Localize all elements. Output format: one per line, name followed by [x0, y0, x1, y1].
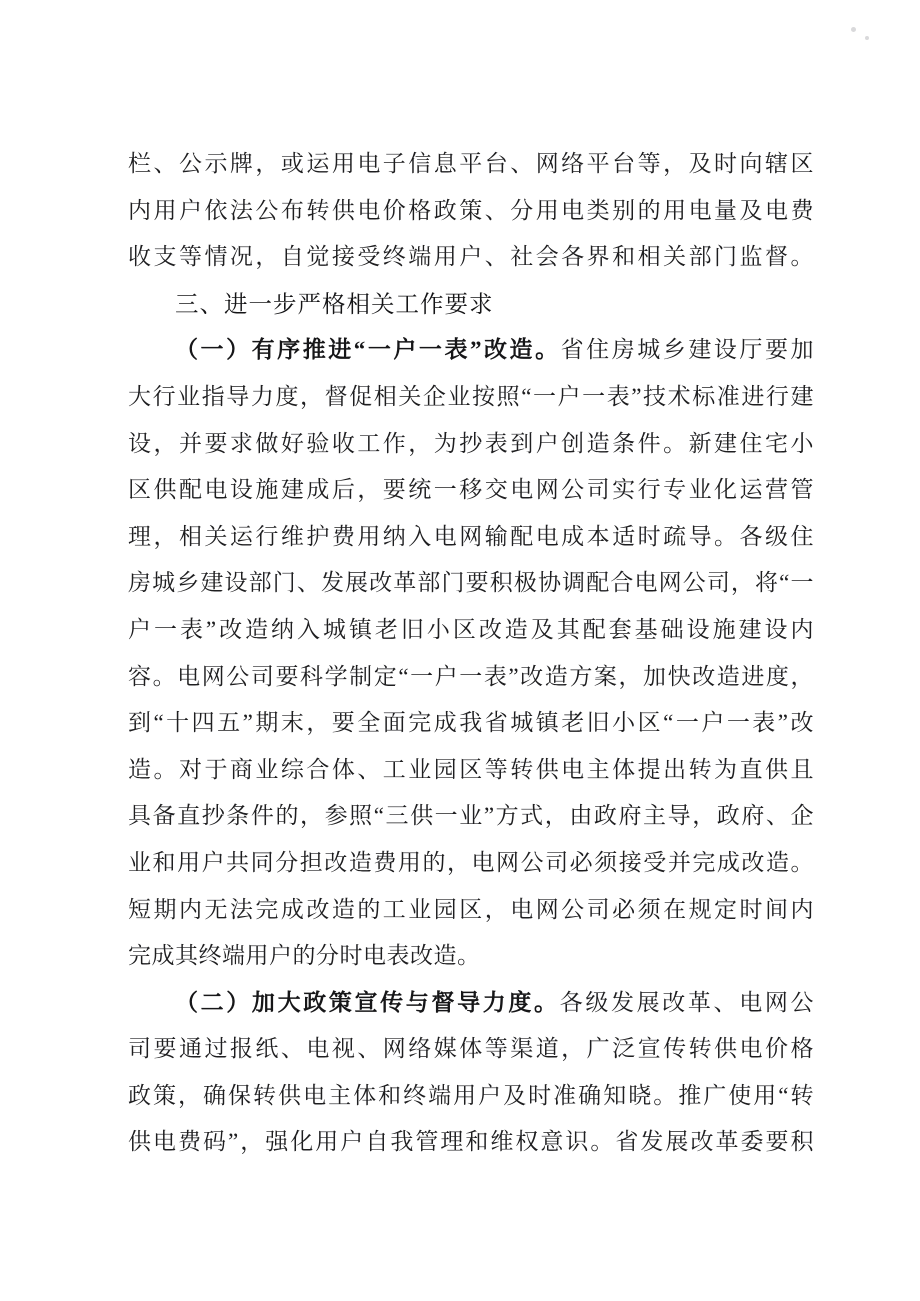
text-line: （一）有序推进“一户一表”改造。省住房城乡建设厅要加	[128, 327, 814, 374]
scan-speck	[865, 36, 869, 40]
text-segment: 业和用户共同分担改造费用的，电网公司必须接受并完成改造。	[128, 850, 814, 875]
section-heading: 三、进一步严格相关工作要求	[128, 281, 814, 328]
text-line: 收支等情况，自觉接受终端用户、社会各界和相关部门监督。	[128, 234, 814, 281]
text-line: 司要通过报纸、电视、网络媒体等渠道，广泛宣传转供电价格	[128, 1026, 814, 1073]
document-body: 栏、公示牌，或运用电子信息平台、网络平台等，及时向辖区内用户依法公布转供电价格政…	[128, 141, 814, 1166]
text-line: 供电费码”，强化用户自我管理和维权意识。省发展改革委要积	[128, 1119, 814, 1166]
text-segment: 完成其终端用户的分时电表改造。	[128, 943, 481, 968]
text-line: 造。对于商业综合体、工业园区等转供电主体提出转为直供且	[128, 747, 814, 794]
text-segment: 栏、公示牌，或运用电子信息平台、网络平台等，及时向辖区	[128, 151, 814, 176]
text-segment: 政策，确保转供电主体和终端用户及时准确知晓。推广使用“转	[128, 1083, 814, 1108]
text-line: （二）加大政策宣传与督导力度。各级发展改革、电网公	[128, 980, 814, 1027]
text-line: 政策，确保转供电主体和终端用户及时准确知晓。推广使用“转	[128, 1073, 814, 1120]
text-segment: 区供配电设施建成后，要统一移交电网公司实行专业化运营管	[128, 477, 814, 502]
text-line: 大行业指导力度，督促相关企业按照“一户一表”技术标准进行建	[128, 374, 814, 421]
text-segment: 收支等情况，自觉接受终端用户、社会各界和相关部门监督。	[128, 244, 814, 269]
text-segment: 容。电网公司要科学制定“一户一表”改造方案，加快改造进度，	[128, 664, 814, 689]
text-segment: 内用户依法公布转供电价格政策、分用电类别的用电量及电费	[128, 198, 814, 223]
text-line: 户一表”改造纳入城镇老旧小区改造及其配套基础设施建设内	[128, 607, 814, 654]
text-line: 设，并要求做好验收工作，为抄表到户创造条件。新建住宅小	[128, 421, 814, 468]
text-segment: 各级发展改革、电网公	[560, 990, 814, 1015]
text-segment: 三、进一步严格相关工作要求	[175, 291, 494, 317]
paragraph-lead-bold: （一）有序推进“一户一表”改造。	[175, 337, 561, 362]
text-line: 栏、公示牌，或运用电子信息平台、网络平台等，及时向辖区	[128, 141, 814, 188]
text-segment: 省住房城乡建设厅要加	[561, 337, 814, 362]
text-line: 短期内无法完成改造的工业园区，电网公司必须在规定时间内	[128, 887, 814, 934]
text-segment: 户一表”改造纳入城镇老旧小区改造及其配套基础设施建设内	[128, 617, 814, 642]
text-line: 理，相关运行维护费用纳入电网输配电成本适时疏导。各级住	[128, 514, 814, 561]
text-line: 房城乡建设部门、发展改革部门要积极协调配合电网公司，将“一	[128, 560, 814, 607]
scan-speck	[851, 27, 856, 32]
text-segment: 具备直抄条件的，参照“三供一业”方式，由政府主导，政府、企	[128, 803, 814, 828]
text-line: 容。电网公司要科学制定“一户一表”改造方案，加快改造进度，	[128, 654, 814, 701]
text-segment: 供电费码”，强化用户自我管理和维权意识。省发展改革委要积	[128, 1129, 814, 1154]
text-line: 内用户依法公布转供电价格政策、分用电类别的用电量及电费	[128, 188, 814, 235]
text-line: 完成其终端用户的分时电表改造。	[128, 933, 814, 980]
document-page: 栏、公示牌，或运用电子信息平台、网络平台等，及时向辖区内用户依法公布转供电价格政…	[0, 0, 920, 1301]
text-segment: 理，相关运行维护费用纳入电网输配电成本适时疏导。各级住	[128, 524, 814, 549]
text-segment: 司要通过报纸、电视、网络媒体等渠道，广泛宣传转供电价格	[128, 1036, 814, 1061]
text-segment: 短期内无法完成改造的工业园区，电网公司必须在规定时间内	[128, 897, 814, 922]
paragraph-lead-bold: （二）加大政策宣传与督导力度。	[175, 990, 560, 1015]
text-line: 业和用户共同分担改造费用的，电网公司必须接受并完成改造。	[128, 840, 814, 887]
text-segment: 设，并要求做好验收工作，为抄表到户创造条件。新建住宅小	[128, 431, 814, 456]
text-line: 到“十四五”期末，要全面完成我省城镇老旧小区“一户一表”改	[128, 700, 814, 747]
text-line: 具备直抄条件的，参照“三供一业”方式，由政府主导，政府、企	[128, 793, 814, 840]
text-segment: 房城乡建设部门、发展改革部门要积极协调配合电网公司，将“一	[128, 570, 814, 595]
text-line: 区供配电设施建成后，要统一移交电网公司实行专业化运营管	[128, 467, 814, 514]
text-segment: 到“十四五”期末，要全面完成我省城镇老旧小区“一户一表”改	[128, 710, 814, 735]
text-segment: 大行业指导力度，督促相关企业按照“一户一表”技术标准进行建	[128, 384, 814, 409]
text-segment: 造。对于商业综合体、工业园区等转供电主体提出转为直供且	[128, 757, 814, 782]
